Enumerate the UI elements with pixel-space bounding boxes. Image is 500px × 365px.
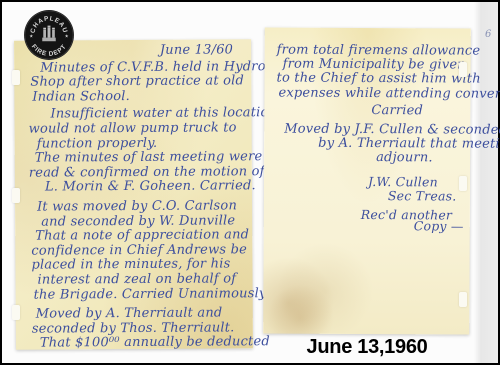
date-caption: June 13,1960 — [264, 336, 470, 359]
handwritten-line: would not allow pump truck to — [29, 121, 244, 137]
seal-graphic: CHAPLEAU FIRE DEPT ★ ★ — [23, 9, 75, 61]
punch-hole — [459, 176, 467, 191]
punch-hole — [459, 62, 467, 77]
handwritten-line: the Brigade. Carried Unanimously. — [34, 287, 245, 303]
right-page: from total firemens allowance from Munic… — [263, 27, 471, 334]
handwritten-line: expenses while attending convention. — [278, 86, 462, 101]
handwritten-line: Shop after short practice at old — [30, 75, 243, 91]
left-page: June 13/60 Minutes of C.V.F.B. held in H… — [14, 39, 253, 349]
handwritten-line: Indian School. — [32, 89, 243, 105]
seal-crest — [42, 26, 56, 42]
fire-dept-seal: CHAPLEAU FIRE DEPT ★ ★ — [23, 9, 75, 61]
scan-frame: June 13/60 Minutes of C.V.F.B. held in H… — [0, 0, 500, 365]
signature-note: Copy — — [414, 219, 462, 233]
punch-hole — [12, 305, 20, 320]
punch-hole — [459, 292, 467, 307]
signature-name: J.W. Cullen — [368, 175, 462, 190]
handwritten-line: L. Morin & F. Goheen. Carried. — [45, 180, 244, 196]
handwritten-line: adjourn. — [376, 151, 462, 166]
page-number: 6 — [485, 29, 491, 40]
signature-title: Sec Treas. — [388, 189, 462, 204]
handwritten-line: Carried — [371, 104, 462, 119]
handwritten-line: That $100⁰⁰ annually be deducted — [40, 336, 245, 352]
punch-hole — [12, 188, 20, 203]
punch-hole — [12, 70, 20, 85]
